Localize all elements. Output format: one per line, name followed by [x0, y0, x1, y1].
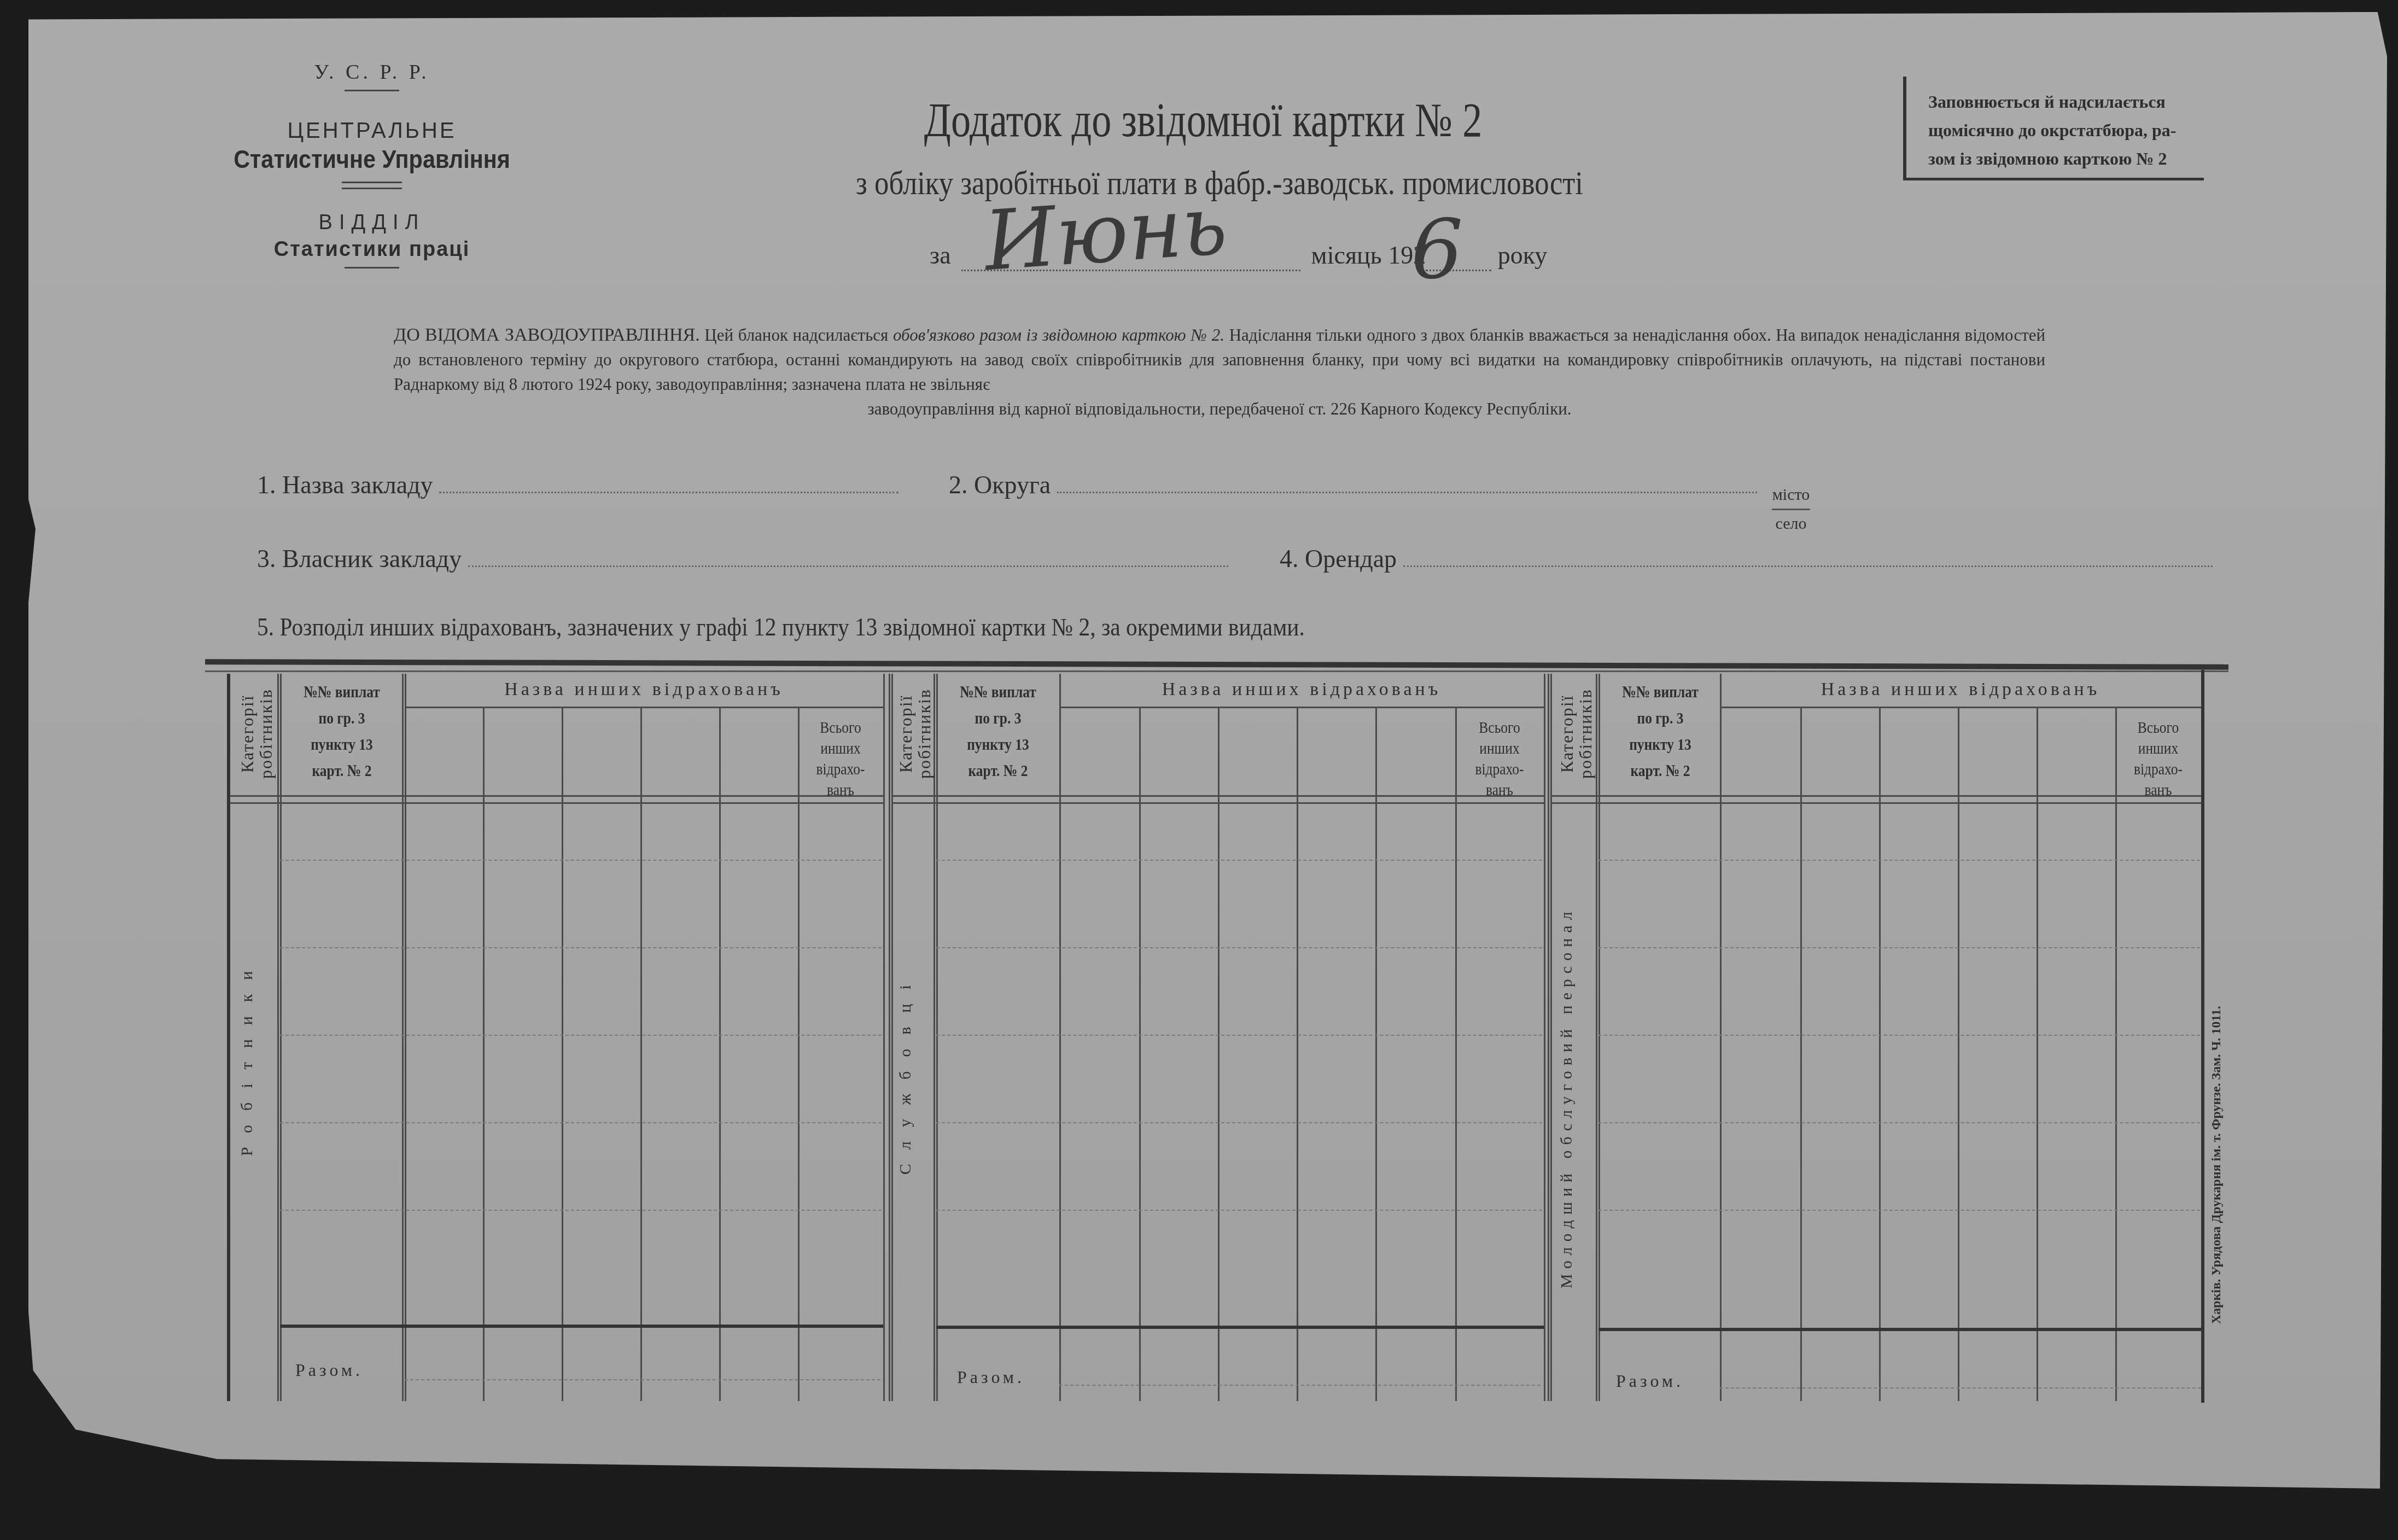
header-category: Категорії робітників	[238, 679, 274, 789]
field-lessee: 4. Орендар	[1280, 544, 2213, 573]
border	[1598, 674, 1600, 1401]
border	[227, 674, 230, 1401]
board-label: Статистичне Управління	[229, 144, 515, 174]
header-text: пункту 13	[291, 732, 393, 758]
border	[1139, 707, 1141, 1401]
header-category: Категорії робітників	[896, 679, 932, 789]
border	[405, 707, 883, 708]
header-text: Всього	[2122, 717, 2195, 738]
border	[402, 674, 404, 1401]
header-text: по гр. 3	[1609, 705, 1712, 732]
section-5-heading: 5. Розподіл инших відрахованъ, зазначени…	[257, 612, 1305, 641]
header-text: Всього	[804, 717, 877, 738]
total-rule	[280, 1325, 883, 1328]
border	[562, 707, 563, 1401]
header-text: карт. № 2	[291, 758, 393, 784]
agency-block: У. С. Р. Р. ЦЕНТРАЛЬНЕ Статистичне Управ…	[213, 60, 530, 274]
header-payment-numbers: №№ виплат по гр. 3 пункту 13 карт. № 2	[1609, 679, 1712, 784]
row-guide	[1598, 1035, 2200, 1036]
border	[889, 674, 890, 1401]
border	[1800, 707, 1802, 1401]
header-bottom-border	[891, 795, 1544, 804]
total-row-guide[interactable]	[1720, 1387, 2201, 1389]
header-text: №№ виплат	[1609, 679, 1712, 705]
period-suffix: року	[1498, 241, 1548, 269]
divider	[345, 90, 399, 91]
owner-input[interactable]	[468, 565, 1228, 567]
header-text: пункту 13	[947, 732, 1049, 758]
header-text: ванъ	[2122, 780, 2195, 801]
border	[280, 674, 282, 1401]
border	[277, 674, 279, 1401]
header-text: №№ виплат	[947, 679, 1049, 705]
border	[640, 707, 642, 1401]
border	[1059, 707, 1544, 708]
border	[1059, 674, 1061, 1401]
header-deduction-names: Назва инших відрахованъ	[1720, 679, 2201, 700]
header-text: №№ виплат	[291, 679, 393, 705]
border	[483, 707, 485, 1401]
row-guide	[1598, 1122, 2200, 1123]
row-guide	[280, 1210, 882, 1211]
field-label: 2. Округа	[949, 471, 1051, 499]
field-label: 1. Назва закладу	[257, 471, 433, 499]
management-notice: ДО ВІДОМА ЗАВОДОУПРАВЛІННЯ. Цей бланок н…	[394, 323, 2045, 421]
header-text: инших	[2122, 738, 2195, 759]
header-bottom-border	[1550, 795, 2201, 804]
table-section-workers: Категорії робітників №№ виплат по гр. 3 …	[227, 674, 889, 1401]
table-section-junior-staff: Категорії робітників №№ виплат по гр. 3 …	[1548, 674, 2204, 1401]
form-title: Додаток до звідомної картки № 2	[889, 93, 1517, 148]
border	[891, 674, 893, 1401]
header-total: Всього инших відрахо- ванъ	[1462, 717, 1537, 801]
border	[1879, 707, 1881, 1401]
department-label: ВІДДІЛ	[213, 211, 530, 235]
header-text: відрахо-	[1462, 759, 1537, 780]
notice-lead: ДО ВІДОМА ЗАВОДОУПРАВЛІННЯ.	[394, 325, 700, 345]
place-village: село	[1772, 510, 1810, 538]
border	[1297, 707, 1298, 1401]
row-guide	[280, 947, 882, 948]
border	[1720, 707, 2201, 708]
header-text: відрахо-	[804, 759, 877, 780]
header-category: Категорії робітників	[1557, 679, 1594, 789]
total-row-label: Разом.	[1616, 1371, 1684, 1391]
border	[1596, 674, 1597, 1401]
republic-label: У. С. Р. Р.	[213, 60, 530, 84]
submission-note-box: Заповнюється й надсилається щомісячно до…	[1903, 77, 2204, 180]
total-rule	[1598, 1328, 2201, 1331]
town-village-choice[interactable]: місто село	[1772, 481, 1810, 538]
note-line: щомісячно до окрстатбюра, ра-	[1928, 116, 2204, 144]
row-guide	[936, 947, 1542, 948]
row-guide	[280, 860, 882, 861]
total-rule	[936, 1326, 1544, 1329]
printer-imprint: Харків. Урядова Друкарня ім. т. Фрунзе. …	[2209, 941, 2224, 1389]
border	[2037, 707, 2038, 1401]
header-text: ванъ	[1462, 780, 1537, 801]
total-row-label: Разом.	[957, 1367, 1025, 1387]
category-employees: Службовці	[896, 871, 932, 1275]
handwritten-year-digit: 6	[1411, 202, 1463, 297]
central-label: ЦЕНТРАЛЬНЕ	[213, 119, 530, 143]
border	[2115, 707, 2117, 1401]
border	[798, 707, 800, 1401]
period-prefix: за	[930, 241, 951, 269]
border	[883, 674, 885, 1401]
row-guide	[936, 1035, 1542, 1036]
field-label: 4. Орендар	[1280, 545, 1397, 573]
lessee-input[interactable]	[1403, 565, 2213, 567]
district-input[interactable]	[1057, 492, 1757, 493]
border	[405, 674, 406, 1401]
header-text: инших	[804, 738, 877, 759]
header-text: карт. № 2	[1609, 758, 1712, 784]
total-row-guide[interactable]	[1059, 1385, 1541, 1386]
establishment-name-input[interactable]	[439, 492, 898, 493]
total-row-guide[interactable]	[405, 1379, 880, 1380]
border	[1544, 674, 1545, 1401]
table-section-employees: Категорії робітників №№ виплат по гр. 3 …	[889, 674, 1548, 1401]
border	[1218, 707, 1220, 1401]
double-divider	[342, 182, 402, 189]
header-payment-numbers: №№ виплат по гр. 3 пункту 13 карт. № 2	[947, 679, 1049, 784]
notice-emphasis: обов'язково разом із звідомною карткою №…	[893, 325, 1224, 345]
field-district: 2. Округа	[949, 470, 1757, 499]
category-workers: Робітники	[238, 849, 274, 1264]
header-deduction-names: Назва инших відрахованъ	[405, 679, 883, 700]
header-text: відрахо-	[2122, 759, 2195, 780]
border	[1550, 674, 1552, 1401]
row-guide	[1598, 1210, 2200, 1211]
border	[936, 674, 938, 1401]
place-town: місто	[1772, 481, 1810, 509]
border	[1720, 674, 1722, 1401]
category-junior-staff: Молодший обслуговий персонал	[1557, 838, 1594, 1357]
field-establishment-name: 1. Назва закладу	[257, 470, 898, 499]
border	[719, 707, 721, 1401]
header-deduction-names: Назва инших відрахованъ	[1059, 679, 1544, 700]
border	[1455, 707, 1457, 1401]
border	[1958, 707, 1959, 1401]
header-text: инших	[1462, 738, 1537, 759]
header-text: по гр. 3	[291, 705, 393, 732]
row-guide	[936, 860, 1542, 861]
department-name: Статистики праці	[213, 238, 530, 261]
border	[1375, 707, 1377, 1401]
note-line: Заповнюється й надсилається	[1928, 87, 2204, 116]
row-guide	[1598, 947, 2200, 948]
row-guide	[936, 1122, 1542, 1123]
handwritten-month: Июнь	[981, 178, 1229, 290]
total-row-label: Разом.	[295, 1360, 363, 1380]
notice-last-line: заводоуправління від карної відповідальн…	[394, 396, 2045, 421]
header-payment-numbers: №№ виплат по гр. 3 пункту 13 карт. № 2	[291, 679, 393, 784]
divider	[345, 267, 399, 269]
header-bottom-border	[230, 795, 883, 804]
month-label: місяць 192	[1311, 241, 1426, 269]
border	[1548, 674, 1549, 1401]
header-text: пункту 13	[1609, 732, 1712, 758]
header-total: Всього инших відрахо- ванъ	[804, 717, 877, 801]
header-total: Всього инших відрахо- ванъ	[2122, 717, 2195, 801]
table-top-border	[205, 670, 2228, 672]
field-label: 3. Власник закладу	[257, 545, 462, 573]
header-text: карт. № 2	[947, 758, 1049, 784]
row-guide	[280, 1122, 882, 1123]
note-line: зом із звідомною карткою № 2	[1928, 144, 2204, 173]
header-text: по гр. 3	[947, 705, 1049, 732]
field-owner: 3. Власник закладу	[257, 544, 1228, 573]
row-guide	[280, 1035, 882, 1036]
row-guide	[936, 1210, 1542, 1211]
header-text: Всього	[1462, 717, 1537, 738]
notice-text: Цей бланок надсилається	[704, 325, 888, 345]
row-guide	[1598, 860, 2200, 861]
header-text: ванъ	[804, 780, 877, 801]
border	[933, 674, 935, 1401]
